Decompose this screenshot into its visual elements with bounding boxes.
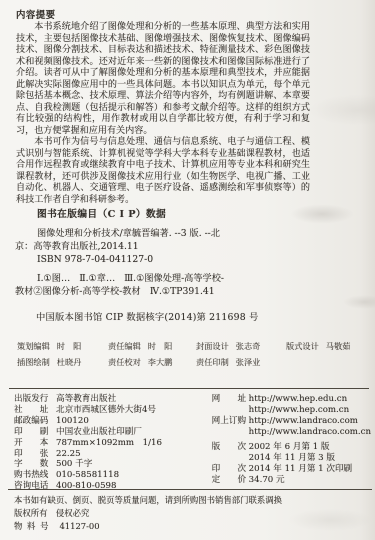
summary-heading: 内容提要 [16,10,310,22]
pub-value: http://www.hep.edu.cn [249,394,371,405]
credit-role: 责任印制 [196,355,229,371]
pub-value: 2014 年 11 月第 1 次印刷 [249,464,371,475]
pub-label: 印 张 [14,449,56,460]
credit-name: 张志奇 [236,339,261,355]
publication-info-table: 出版发行高等教育出版社 社 址北京市西城区德外大街4号 邮政编码100120 印… [14,394,371,492]
credit-cell: 责任编辑 时 阳 [108,339,196,355]
book-copyright-page: 内容提要 本书系统地介绍了图像处理和分析的一些基本原理、典型方法和实用技术，主要… [0,0,375,540]
pub-label: 版 次 [212,442,249,453]
pub-value: 2002 年 6 月第 1 版 [249,442,371,453]
pub-value: http://www.landraco.com.cn [249,427,371,438]
pub-row: 购书热线010-58581118 [14,470,212,481]
pub-value: http://www.hep.com.cn [249,405,371,416]
copyright-notice: 版权所有 侵权必究 [14,507,371,520]
pub-label: 网上订购 [212,416,249,427]
pub-row: http://www.landraco.com.cn [212,427,371,438]
pub-row: 咨询电话400-810-0598 [14,481,212,492]
credits-row: 策划编辑 时 阳 责任编辑 时 阳 封面设计 张志奇 版式设计 马敬茹 [17,339,369,355]
credit-cell: 责任校对 李大鹏 [108,355,196,371]
pub-label [212,405,249,416]
pub-row: http://www.hep.com.cn [212,405,371,416]
pub-row: 印 次2014 年 11 月第 1 次印刷 [212,464,371,475]
pub-row: 字 数500 千字 [14,459,212,470]
pub-value: http://www.landraco.com [249,416,371,427]
pub-label: 定 价 [212,475,249,486]
isbn-line: ISBN 978-7-04-041127-0 [15,254,345,267]
credit-cell: 插图绘制 杜晓丹 [17,355,108,371]
cip-classification-line: Ⅰ.①图… Ⅱ.①章… Ⅲ.①图像处理-高等学校- [15,273,345,286]
credit-name: 马敬茹 [326,339,351,355]
material-number-label: 物 料 号 [14,520,49,533]
credit-name: 张泽业 [236,355,261,371]
credit-name: 李大鹏 [148,355,173,371]
pub-value: 787mm×1092mm 1/16 [56,438,212,449]
pub-label: 出版发行 [14,394,56,405]
publication-info-right-column: 网 址http://www.hep.edu.cn http://www.hep.… [212,394,371,492]
credit-name: 时 阳 [148,339,173,355]
pub-label: 字 数 [14,459,56,470]
pub-row: 2014 年 11 月第 3 版 [212,453,371,464]
footer-section: 本书如有缺页、倒页、脱页等质量问题，请到所购图书销售部门联系调换 版权所有 侵权… [14,494,371,533]
credit-cell: 责任印制 张泽业 [196,355,286,371]
credit-role: 策划编辑 [17,339,50,355]
pub-value: 高等教育出版社 [56,394,212,405]
credits-row: 插图绘制 杜晓丹 责任校对 李大鹏 责任印制 张泽业 [17,355,369,371]
cip-title-line: 京：高等教育出版社,2014.11 [15,241,345,254]
pub-row: 邮政编码100120 [14,416,212,427]
pub-row: 定 价34.70 元 [212,475,371,486]
pub-row: 印 刷中国农业出版社印刷厂 [14,427,212,438]
pub-label: 咨询电话 [14,481,56,492]
credit-name: 时 阳 [57,339,82,355]
divider-top [9,388,369,389]
credit-role: 封面设计 [196,339,229,355]
material-number-row: 物 料 号 41127-00 [14,520,371,533]
credit-cell: 策划编辑 时 阳 [17,339,108,355]
pub-row: 开 本787mm×1092mm 1/16 [14,438,212,449]
pub-value: 500 千字 [56,459,212,470]
credit-cell: 版式设计 马敬茹 [286,339,369,355]
credit-cell: 封面设计 张志奇 [196,339,286,355]
summary-paragraph-2: 本书可作为信号与信息处理、通信与信息系统、电子与通信工程、模式识别与智能系统、计… [16,137,310,206]
credit-role: 插图绘制 [17,355,50,371]
pub-label: 购书热线 [14,470,56,481]
divider-bottom [8,489,372,490]
cip-heading: 图书在版编目（C I P）数据 [15,206,345,220]
publication-info-left-column: 出版发行高等教育出版社 社 址北京市西城区德外大街4号 邮政编码100120 印… [14,394,212,492]
cip-record-number: 中国版本图书馆 CIP 数据核字(2014)第 211698 号 [15,309,345,323]
pub-row: 版 次2002 年 6 月第 1 版 [212,442,371,453]
pub-row: 网上订购http://www.landraco.com [212,416,371,427]
pub-value: 中国农业出版社印刷厂 [56,427,212,438]
credit-role: 版式设计 [286,339,319,355]
pub-value: 010-58581118 [56,470,212,481]
pub-label: 网 址 [212,394,249,405]
pub-label: 印 次 [212,464,249,475]
credit-role: 责任编辑 [108,339,141,355]
pub-row: 印 张22.25 [14,449,212,460]
pub-label: 社 址 [14,405,56,416]
pub-value: 22.25 [56,449,212,460]
credit-role: 责任校对 [108,355,141,371]
pub-label: 开 本 [14,438,56,449]
cip-classification-line: 教材②图像分析-高等学校-教材 Ⅳ.①TP391.41 [15,286,345,299]
pub-value: 400-810-0598 [56,481,212,492]
pub-label: 印 刷 [14,427,56,438]
pub-value: 2014 年 11 月第 3 版 [249,453,371,464]
pub-label [212,427,249,438]
credits-section: 策划编辑 时 阳 责任编辑 时 阳 封面设计 张志奇 版式设计 马敬茹 插图绘制… [17,339,369,370]
summary-paragraph-1: 本书系统地介绍了图像处理和分析的一些基本原理、典型方法和实用技术，主要包括图像技… [16,22,310,137]
pub-row: 出版发行高等教育出版社 [14,394,212,405]
pub-row: 网 址http://www.hep.edu.cn [212,394,371,405]
cip-title-line: 图像处理和分析技术/章毓晋编著. --3 版. --北 [15,228,345,241]
pub-value: 北京市西城区德外大街4号 [56,405,212,416]
credit-name: 杜晓丹 [57,355,82,371]
cip-data-section: 图书在版编目（C I P）数据 图像处理和分析技术/章毓晋编著. --3 版. … [15,206,345,323]
quality-notice: 本书如有缺页、倒页、脱页等质量问题，请到所购图书销售部门联系调换 [14,494,371,507]
pub-label [212,453,249,464]
pub-value: 100120 [56,416,212,427]
material-number-value: 41127-00 [59,520,99,533]
pub-label: 邮政编码 [14,416,56,427]
pub-value: 34.70 元 [249,475,371,486]
pub-row: 社 址北京市西城区德外大街4号 [14,405,212,416]
content-summary-section: 内容提要 本书系统地介绍了图像处理和分析的一些基本原理、典型方法和实用技术，主要… [16,10,310,206]
